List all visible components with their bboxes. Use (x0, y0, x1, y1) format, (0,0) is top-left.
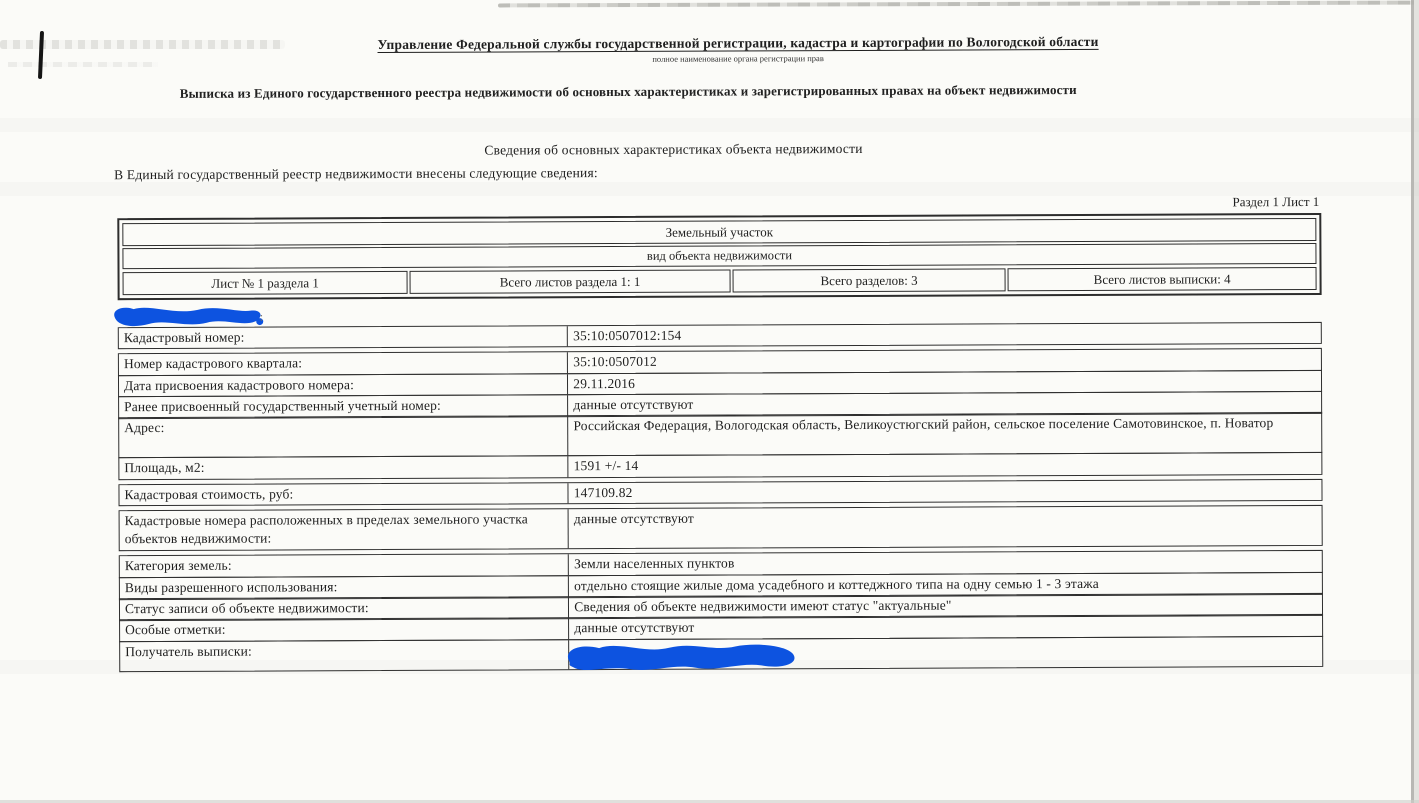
table-row: Адрес: Российская Федерация, Вологодская… (118, 412, 1322, 458)
row-value: отдельно стоящие жилые дома усадебного и… (569, 573, 1322, 597)
row-value: 35:10:0507012:154 (568, 322, 1321, 346)
row-label: Дата присвоения кадастрового номера: (119, 374, 568, 397)
table-row: Кадастровые номера расположенных в преде… (119, 505, 1323, 551)
object-type-caption: вид объекта недвижимости (122, 243, 1316, 269)
row-label: Особые отметки: (120, 619, 569, 642)
redaction-marker-icon (557, 636, 805, 677)
sheet-cell: Всего разделов: 3 (732, 268, 1005, 292)
document-content: Управление Федеральной службы государств… (0, 0, 1419, 672)
section-heading: Сведения об основных характеристиках объ… (109, 139, 1238, 160)
row-label: Получатель выписки: (120, 640, 569, 671)
object-type: Земельный участок (122, 218, 1316, 246)
redaction-marker-icon (108, 302, 268, 331)
row-label: Номер кадастрового квартала: (119, 353, 568, 376)
intro-text: В Единый государственный реестр недвижим… (114, 162, 1418, 184)
row-label: Статус записи об объекте недвижимости: (120, 597, 569, 620)
row-value: 35:10:0507012 (568, 349, 1321, 373)
row-value: Сведения об объекте недвижимости имеют с… (569, 594, 1322, 618)
row-value: Российская Федерация, Вологодская област… (568, 413, 1321, 455)
redaction-suffix: : (260, 310, 265, 325)
row-value: 1591 +/- 14 (569, 453, 1322, 477)
table-row: Получатель выписки: (119, 636, 1323, 672)
row-value: Земли населенных пунктов (569, 551, 1322, 575)
section-sheet-label: Раздел 1 Лист 1 (0, 194, 1319, 216)
scanned-document-page: Управление Федеральной службы государств… (0, 0, 1419, 803)
main-table: Кадастровый номер: 35:10:0507012:154 Ном… (118, 321, 1323, 671)
sheet-info-row: Лист № 1 раздела 1 Всего листов раздела … (123, 267, 1317, 295)
row-label: Категория земель: (120, 555, 569, 578)
row-label: Кадастровые номера расположенных в преде… (120, 510, 569, 551)
sheet-cell: Всего листов раздела 1: 1 (410, 270, 731, 294)
table-row: Кадастровая стоимость, руб: 147109.82 (118, 478, 1322, 506)
row-label: Площадь, м2: (119, 456, 568, 479)
row-value: данные отсутствуют (568, 392, 1321, 416)
row-label: Виды разрешенного использования: (120, 576, 569, 599)
row-value (569, 637, 1322, 669)
header-table: Земельный участок вид объекта недвижимос… (117, 213, 1321, 300)
row-value: 29.11.2016 (568, 371, 1321, 395)
sheet-cell: Лист № 1 раздела 1 (123, 271, 408, 295)
row-label: Ранее присвоенный государственный учетны… (119, 395, 568, 418)
row-label: Адрес: (119, 416, 568, 457)
document-title: Выписка из Единого государственного реес… (99, 82, 1158, 103)
row-value: данные отсутствуют (569, 506, 1322, 548)
row-label: Кадастровая стоимость, руб: (119, 483, 568, 506)
row-value: 147109.82 (569, 480, 1322, 504)
sheet-cell: Всего листов выписки: 4 (1008, 267, 1317, 291)
